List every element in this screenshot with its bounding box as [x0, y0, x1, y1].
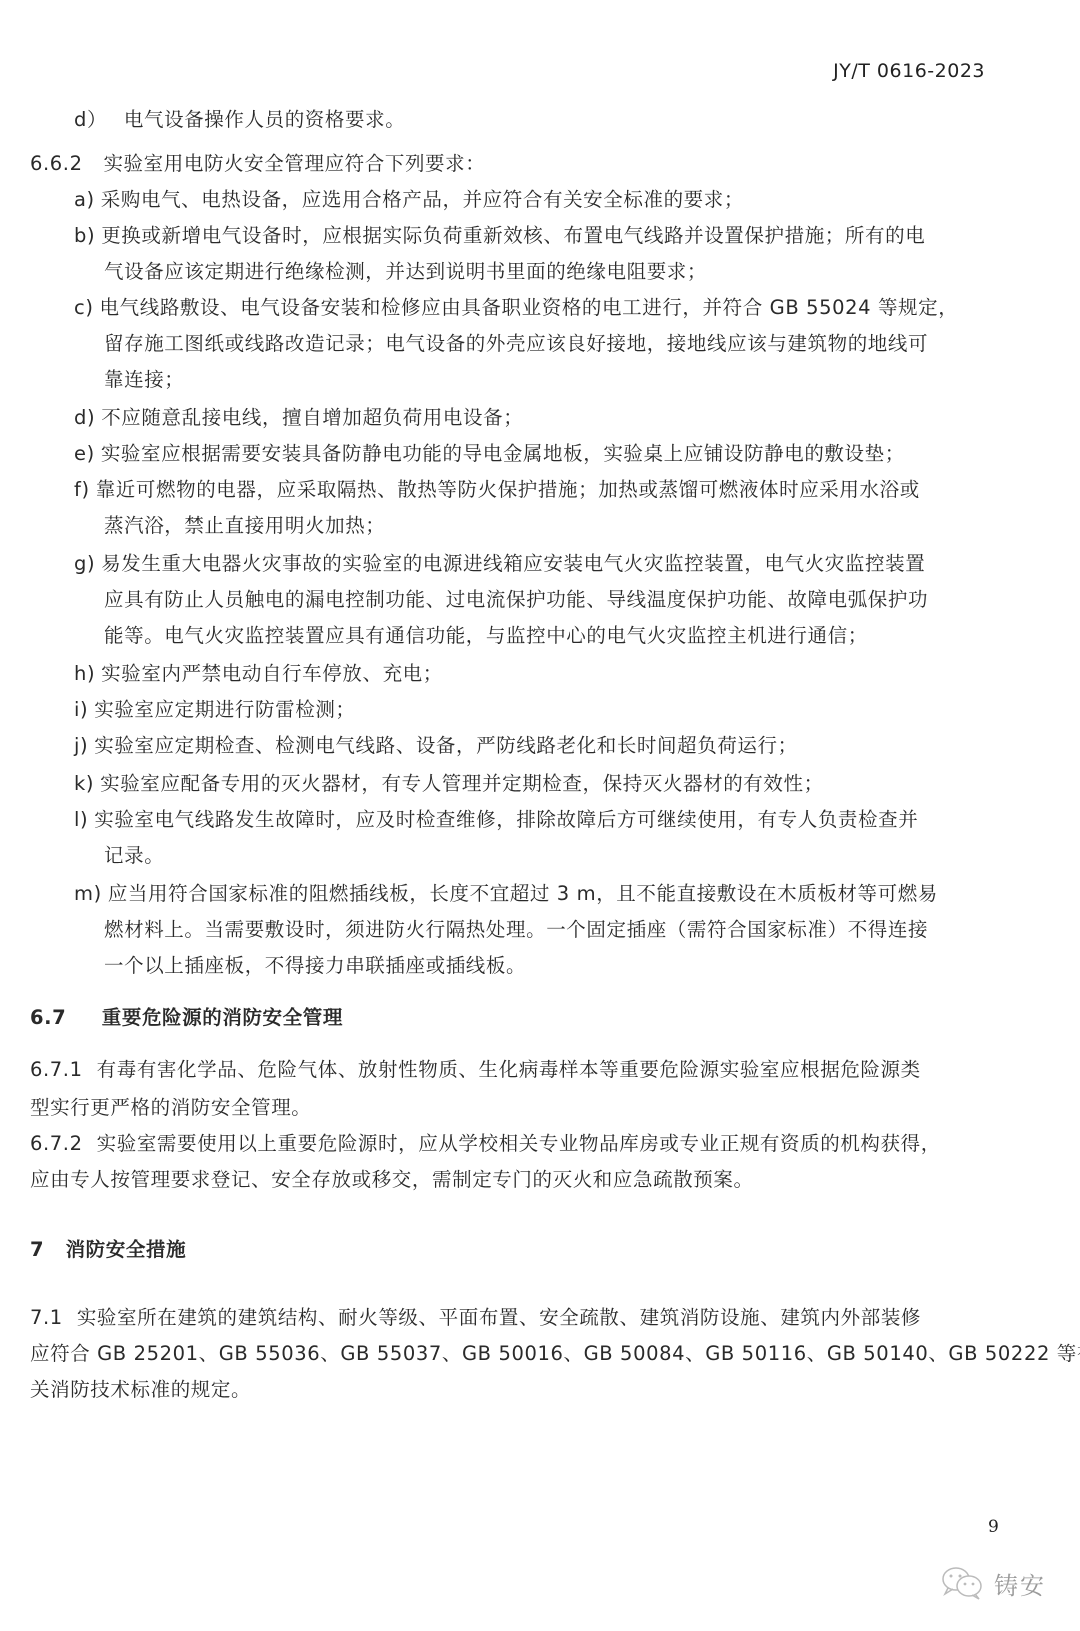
item-text: 不应随意乱接电线，擅自增加超负荷用电设备；: [101, 406, 523, 429]
item-text: 实验室内严禁电动自行车停放、充电；: [101, 662, 443, 685]
list-item-i: i)实验室应定期进行防雷检测；: [74, 694, 356, 722]
clause-text: 实验室所在建筑的建筑结构、耐火等级、平面布置、安全疏散、建筑消防设施、建筑内外部…: [77, 1306, 921, 1329]
list-item-m-cont-1: 燃材料上。当需要敷设时，须进防火行隔热处理。一个固定插座（需符合国家标准）不得连…: [104, 914, 928, 942]
item-label: d): [74, 406, 95, 429]
clause-text: 实验室需要使用以上重要危险源时，应从学校相关专业物品库房或专业正规有资质的机构获…: [97, 1132, 941, 1155]
item-label: f): [74, 478, 90, 501]
list-item-g: g)易发生重大电器火灾事故的实验室的电源进线箱应安装电气火灾监控装置，电气火灾监…: [74, 548, 925, 576]
item-label: b): [74, 224, 95, 247]
item-text: 实验室应根据需要安装具备防静电功能的导电金属地板，实验桌上应铺设防静电的敷设垫；: [101, 442, 905, 465]
clause-6-7-2: 6.7.2实验室需要使用以上重要危险源时，应从学校相关专业物品库房或专业正规有资…: [30, 1128, 941, 1156]
page-number: 9: [988, 1517, 999, 1537]
list-item-m-cont-2: 一个以上插座板，不得接力串联插座或插线板。: [104, 950, 526, 978]
clause-7-1: 7.1实验室所在建筑的建筑结构、耐火等级、平面布置、安全疏散、建筑消防设施、建筑…: [30, 1302, 921, 1330]
item-text: 更换或新增电气设备时，应根据实际负荷重新效核、布置电气线路并设置保护措施；所有的…: [101, 224, 925, 247]
clause-number: 6.7.2: [30, 1132, 83, 1155]
clause-6-7-2-cont: 应由专人按管理要求登记、安全存放或移交，需制定专门的灭火和应急疏散预案。: [30, 1164, 754, 1192]
item-label: m): [74, 882, 102, 905]
item-text: 实验室电气线路发生故障时，应及时检查维修，排除故障后方可继续使用，有专人负责检查…: [94, 808, 918, 831]
list-item-g-cont-1: 应具有防止人员触电的漏电控制功能、过电流保护功能、导线温度保护功能、故障电弧保护…: [104, 584, 928, 612]
section-number: 6.7: [30, 1006, 66, 1029]
list-item-l: l)实验室电气线路发生故障时，应及时检查维修，排除故障后方可继续使用，有专人负责…: [74, 804, 918, 832]
item-text: 电气设备操作人员的资格要求。: [124, 108, 405, 131]
watermark-text: 铸安: [994, 1566, 1046, 1601]
item-text: 采购电气、电热设备，应选用合格产品，并应符合有关安全标准的要求；: [101, 188, 744, 211]
item-label: a): [74, 188, 95, 211]
item-label: c): [74, 296, 94, 319]
clause-number: 7.1: [30, 1306, 63, 1329]
list-item-f-cont: 蒸汽浴，禁止直接用明火加热；: [104, 510, 385, 538]
list-item-f: f)靠近可燃物的电器，应采取隔热、散热等防火保护措施；加热或蒸馏可燃液体时应采用…: [74, 474, 920, 502]
item-text: 应当用符合国家标准的阻燃插线板，长度不宜超过 3 m，且不能直接敷设在木质板材等…: [108, 882, 938, 905]
clause-7-1-cont-1: 应符合 GB 25201、GB 55036、GB 55037、GB 50016、…: [30, 1338, 1080, 1366]
list-item-k: k)实验室应配备专用的灭火器材，有专人管理并定期检查，保持灭火器材的有效性；: [74, 768, 824, 796]
item-label: j): [74, 734, 88, 757]
section-heading-6-7: 6.7 重要危险源的消防安全管理: [30, 1002, 343, 1030]
list-item-l-cont: 记录。: [104, 840, 164, 868]
item-text: 实验室应定期检查、检测电气线路、设备，严防线路老化和长时间超负荷运行；: [94, 734, 798, 757]
clause-title: 实验室用电防火安全管理应符合下列要求：: [103, 152, 485, 175]
list-item-d: d)不应随意乱接电线，擅自增加超负荷用电设备；: [74, 402, 523, 430]
chapter-title: 消防安全措施: [66, 1238, 187, 1261]
list-item-g-cont-2: 能等。电气火灾监控装置应具有通信功能，与监控中心的电气火灾监控主机进行通信；: [104, 620, 868, 648]
clause-6-7-1-cont: 型实行更严格的消防安全管理。: [30, 1092, 311, 1120]
item-text: 实验室应定期进行防雷检测；: [94, 698, 355, 721]
section-title: 重要危险源的消防安全管理: [102, 1006, 343, 1029]
list-item-b: b)更换或新增电气设备时，应根据实际负荷重新效核、布置电气线路并设置保护措施；所…: [74, 220, 925, 248]
clause-7-1-cont-2: 关消防技术标准的规定。: [30, 1374, 251, 1402]
document-page: JY/T 0616-2023 d） 电气设备操作人员的资格要求。 6.6.2 实…: [0, 0, 1080, 1631]
clause-number: 6.7.1: [30, 1058, 83, 1081]
list-item-c-cont-2: 靠连接；: [104, 364, 184, 392]
wechat-icon: [940, 1565, 986, 1601]
item-text: 实验室应配备专用的灭火器材，有专人管理并定期检查，保持灭火器材的有效性；: [100, 772, 824, 795]
item-text: 靠近可燃物的电器，应采取隔热、散热等防火保护措施；加热或蒸馏可燃液体时应采用水浴…: [96, 478, 920, 501]
item-label: k): [74, 772, 94, 795]
list-item-b-cont: 气设备应该定期进行绝缘检测，并达到说明书里面的绝缘电阻要求；: [104, 256, 707, 284]
item-text: 易发生重大电器火灾事故的实验室的电源进线箱应安装电气火灾监控装置，电气火灾监控装…: [101, 552, 925, 575]
item-text: 电气线路敷设、电气设备安装和检修应由具备职业资格的电工进行，并符合 GB 550…: [100, 296, 959, 319]
list-item-d-prev: d） 电气设备操作人员的资格要求。: [74, 104, 405, 132]
list-item-c-cont-1: 留存施工图纸或线路改造记录；电气设备的外壳应该良好接地，接地线应该与建筑物的地线…: [104, 328, 928, 356]
item-label: e): [74, 442, 95, 465]
item-label: i): [74, 698, 88, 721]
chapter-heading-7: 7 消防安全措施: [30, 1234, 186, 1262]
clause-text: 有毒有害化学品、危险气体、放射性物质、生化病毒样本等重要危险源实验室应根据危险源…: [97, 1058, 921, 1081]
clause-6-6-2: 6.6.2 实验室用电防火安全管理应符合下列要求：: [30, 148, 485, 176]
clause-number: 6.6.2: [30, 152, 83, 175]
item-label: h): [74, 662, 95, 685]
chapter-number: 7: [30, 1238, 44, 1261]
list-item-c: c)电气线路敷设、电气设备安装和检修应由具备职业资格的电工进行，并符合 GB 5…: [74, 292, 958, 320]
item-label: g): [74, 552, 95, 575]
list-item-a: a)采购电气、电热设备，应选用合格产品，并应符合有关安全标准的要求；: [74, 184, 744, 212]
clause-6-7-1: 6.7.1有毒有害化学品、危险气体、放射性物质、生化病毒样本等重要危险源实验室应…: [30, 1054, 921, 1082]
list-item-e: e)实验室应根据需要安装具备防静电功能的导电金属地板，实验桌上应铺设防静电的敷设…: [74, 438, 905, 466]
watermark: 铸安: [940, 1565, 1046, 1601]
item-label: l): [74, 808, 88, 831]
standard-code: JY/T 0616-2023: [833, 60, 985, 82]
list-item-j: j)实验室应定期检查、检测电气线路、设备，严防线路老化和长时间超负荷运行；: [74, 730, 798, 758]
list-item-m: m)应当用符合国家标准的阻燃插线板，长度不宜超过 3 m，且不能直接敷设在木质板…: [74, 878, 938, 906]
list-item-h: h)实验室内严禁电动自行车停放、充电；: [74, 658, 443, 686]
item-label: d）: [74, 108, 107, 131]
